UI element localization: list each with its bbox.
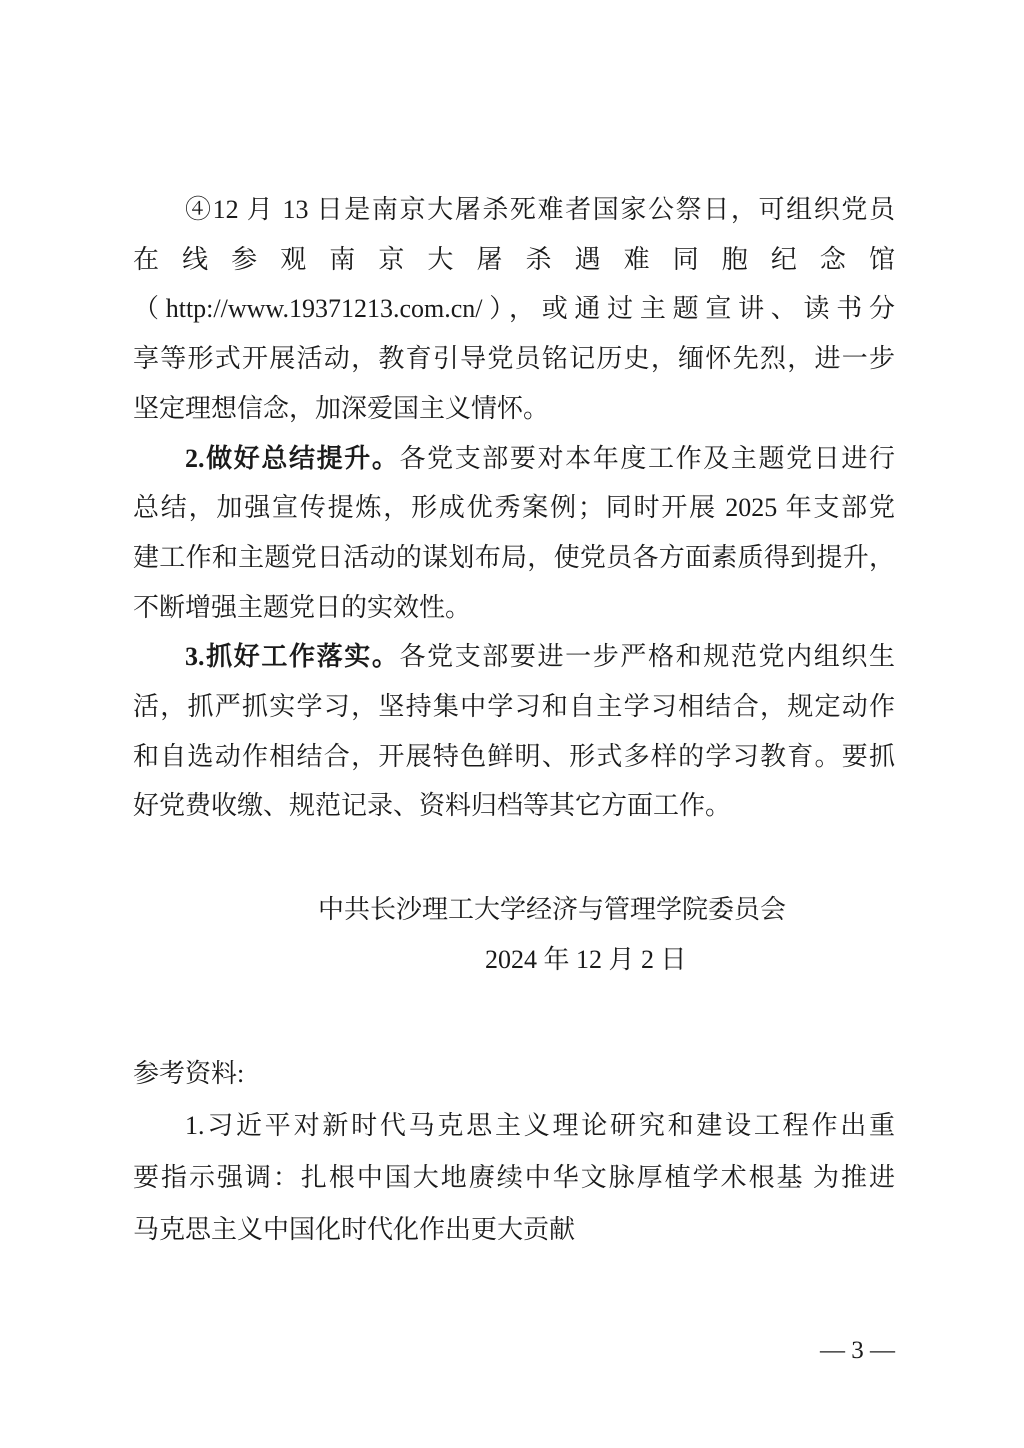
- paragraph-lead: 3.抓好工作落实。: [185, 642, 399, 671]
- text-line: 好党费收缴、规范记录、资料归档等其它方面工作。: [133, 781, 895, 831]
- reference-item-line: 要指示强调：扎根中国大地赓续中华文脉厚植学术根基 为推进: [133, 1152, 895, 1204]
- reference-item-line: 1.习近平对新时代马克思主义理论研究和建设工程作出重: [133, 1100, 895, 1152]
- document-page: ④12 月 13 日是南京大屠杀死难者国家公祭日，可组织党员 在线参观南京大屠杀…: [0, 0, 1024, 1448]
- reference-item-line: 马克思主义中国化时代化作出更大贡献: [133, 1204, 895, 1256]
- references-title: 参考资料:: [133, 1048, 895, 1100]
- paragraph-summary-improvement: 2.做好总结提升。各党支部要对本年度工作及主题党日进行 总结，加强宣传提炼，形成…: [133, 434, 895, 633]
- text-line: 2.做好总结提升。各党支部要对本年度工作及主题党日进行: [133, 434, 895, 484]
- text-line: 和自选动作相结合，开展特色鲜明、形式多样的学习教育。要抓: [133, 732, 895, 782]
- paragraph-lead-rest: 各党支部要对本年度工作及主题党日进行: [399, 444, 895, 473]
- text-line: （http://www.19371213.com.cn/），或通过主题宣讲、读书…: [133, 284, 895, 334]
- text-line: 活，抓严抓实学习，坚持集中学习和自主学习相结合，规定动作: [133, 682, 895, 732]
- text-line: 建工作和主题党日活动的谋划布局，使党员各方面素质得到提升，: [133, 533, 895, 583]
- paragraph-memorial-day: ④12 月 13 日是南京大屠杀死难者国家公祭日，可组织党员 在线参观南京大屠杀…: [133, 185, 895, 434]
- signature-organization: 中共长沙理工大学经济与管理学院委员会: [133, 885, 895, 935]
- text-line: 享等形式开展活动，教育引导党员铭记历史，缅怀先烈，进一步: [133, 334, 895, 384]
- page-number: — 3 —: [133, 1336, 895, 1366]
- document-body: ④12 月 13 日是南京大屠杀死难者国家公祭日，可组织党员 在线参观南京大屠杀…: [133, 185, 895, 1256]
- signature-date: 2024 年 12 月 2 日: [133, 935, 895, 985]
- references-section: 参考资料: 1.习近平对新时代马克思主义理论研究和建设工程作出重 要指示强调：扎…: [133, 1048, 895, 1256]
- text-line: 总结，加强宣传提炼，形成优秀案例；同时开展 2025 年支部党: [133, 483, 895, 533]
- text-line: ④12 月 13 日是南京大屠杀死难者国家公祭日，可组织党员: [133, 185, 895, 235]
- text-line: 坚定理想信念，加深爱国主义情怀。: [133, 384, 895, 434]
- paragraph-lead-rest: 各党支部要进一步严格和规范党内组织生: [399, 642, 895, 671]
- signature-block: 中共长沙理工大学经济与管理学院委员会 2024 年 12 月 2 日: [133, 885, 895, 984]
- text-line: 不断增强主题党日的实效性。: [133, 583, 895, 633]
- paragraph-work-implementation: 3.抓好工作落实。各党支部要进一步严格和规范党内组织生 活，抓严抓实学习，坚持集…: [133, 632, 895, 831]
- text-line: 3.抓好工作落实。各党支部要进一步严格和规范党内组织生: [133, 632, 895, 682]
- paragraph-lead: 2.做好总结提升。: [185, 444, 399, 473]
- text-line: 在线参观南京大屠杀遇难同胞纪念馆: [133, 235, 895, 285]
